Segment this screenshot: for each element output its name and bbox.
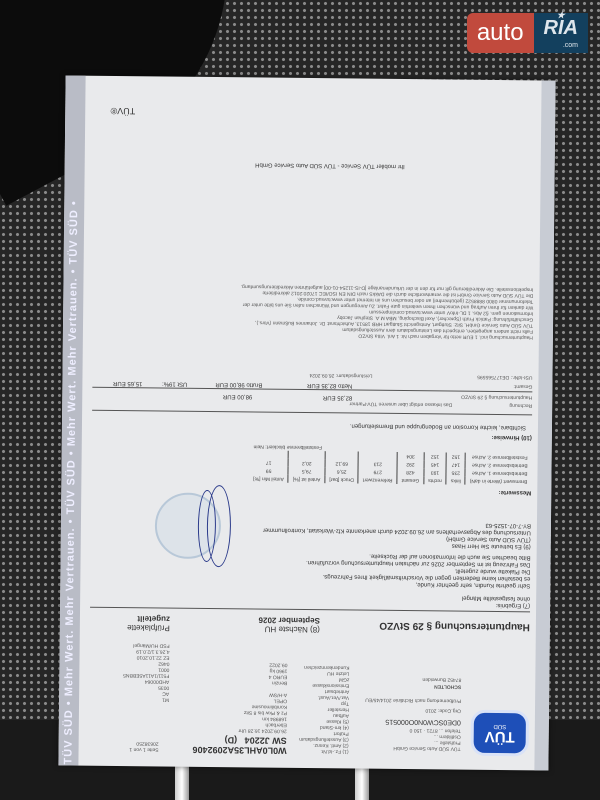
field-value: 26.09.2024 16:28 Uhr xyxy=(197,727,287,734)
table-header: Anteil Min [%] xyxy=(249,474,288,482)
footer-text: Ihr mobiler TÜV Service - TÜV SÜD Auto S… xyxy=(255,161,405,169)
table-cell: 304 xyxy=(397,452,424,460)
recipient-city: 87452 Burweiden xyxy=(422,676,461,682)
field-label: Hersteller xyxy=(279,706,349,713)
table-header: Gesamt xyxy=(397,476,424,484)
field-label: (1) Fz.-Id.Nr. xyxy=(279,748,349,755)
sender-line: Ostfildern ... xyxy=(393,733,460,740)
field-value: Benzin xyxy=(197,679,287,686)
gross-amount: 98,00 EUR xyxy=(223,392,252,399)
autoria-watermark: auto ★ RIA .com xyxy=(467,13,588,53)
field-code: M1 xyxy=(79,696,169,703)
table-cell xyxy=(325,451,359,459)
watermark-auto: auto xyxy=(467,13,534,53)
field-code xyxy=(79,714,169,721)
table-cell: 79,5 xyxy=(288,467,325,475)
table-cell: 235 xyxy=(446,468,465,476)
gross-total: Brutto 98,00 EUR xyxy=(215,380,262,387)
watermark-ria-text: RIA xyxy=(544,19,578,37)
table-cell: Feststellbremse 2. Achse xyxy=(465,453,531,462)
fields-codes: M1AC0035AHD00064F511/1A11A5EBBN500010462… xyxy=(79,642,170,727)
field-value: OPEL xyxy=(197,697,287,704)
table-cell xyxy=(249,450,288,458)
field-code: AC xyxy=(79,690,169,697)
field-code: 4.26.3.1/2.0.19 xyxy=(80,648,170,655)
footer-tuv-logo: TÜV® xyxy=(111,106,136,116)
watermark-ria: ★ RIA .com xyxy=(534,13,588,53)
field-label: (4) km-Stand xyxy=(279,724,349,731)
collection-note: Das Inkasso erfolgt über unseren TÜV-Par… xyxy=(349,400,452,407)
logo-main: TÜV xyxy=(485,729,515,743)
measurements-table: Bremswert (Werte in daN)linksrechtsGesam… xyxy=(249,442,532,485)
field-label: Letzte HU xyxy=(279,670,349,677)
field-code: EZ 22.10.2010 xyxy=(80,654,170,661)
table-cell xyxy=(289,451,326,459)
field-value: EURO 4 xyxy=(197,673,287,680)
field-code xyxy=(79,720,169,727)
table-header: Druck [bar] xyxy=(325,475,359,483)
table-header: Referenzwert xyxy=(358,476,397,484)
table-header: rechts xyxy=(424,476,447,484)
sender-block: TÜV SÜD Auto Service GmbH Prüfstelle ...… xyxy=(393,727,460,752)
field-label: (2) Amtl. Kennz. xyxy=(279,742,349,749)
field-code: 0035 xyxy=(79,684,169,691)
field-label: (5) Klasse xyxy=(279,718,349,725)
field-code: FSD HU/Mängel xyxy=(80,642,170,649)
field-label: Aufbau xyxy=(279,712,349,719)
table-cell: Betriebsbremse 2. Achse xyxy=(465,461,531,470)
result-value: ohne festgestellte Mängel xyxy=(462,594,530,602)
net-amount: 82,35 EUR xyxy=(323,393,352,400)
field-label: Var./Ver./Ausf. xyxy=(279,694,349,701)
country-code: (D) xyxy=(225,735,238,745)
divider xyxy=(92,410,532,416)
field-value: A-H/SW xyxy=(197,691,287,698)
service-date: Leistungsdatum: 26.09.2024 xyxy=(309,372,372,379)
vat-amount: 15,65 EUR xyxy=(113,379,142,386)
table-cell: 193 xyxy=(424,468,447,476)
sticker-label: Prüfplakette xyxy=(127,623,170,632)
license-plate: SW J2204 xyxy=(245,735,287,745)
inspection-report-content: TÜV SÜD • Mehr Wert. Mehr Vertrauen. • T… xyxy=(58,75,555,770)
fields-labels: (1) Fz.-Id.Nr.(2) Amtl. Kennz.(3) Ausste… xyxy=(279,664,350,755)
field-code xyxy=(79,702,169,709)
field-label: Emissionsklasse xyxy=(279,682,349,689)
table-cell: 152 xyxy=(424,452,447,460)
field-code xyxy=(79,708,169,715)
next-hu-label: (8) Nächste HU xyxy=(258,625,319,635)
field-code: F511/1A11A5EBBN5 xyxy=(79,672,169,679)
notes-title: (10) Hinweise: xyxy=(491,433,531,440)
inspection-report-paper: TÜV SÜD • Mehr Wert. Mehr Vertrauen. • T… xyxy=(58,75,555,770)
table-cell: 147 xyxy=(446,460,465,468)
field-code: AHD00064 xyxy=(79,678,169,685)
sender-line: Telefon ... 8721 · 150 0 xyxy=(394,727,461,734)
table-cell: 152 xyxy=(446,452,465,460)
table-cell: 428 xyxy=(397,468,424,476)
field-value: Pz & Pkw bis 8 Sitz xyxy=(197,709,287,716)
vat-id: USt-IdNr.: DE177565595 xyxy=(477,374,532,381)
table-header: Anteil ist [%] xyxy=(288,475,325,483)
table-cell xyxy=(359,452,398,460)
fields-values: 26.09.2024 16:28 UhrEberbach168984 kmPz … xyxy=(197,655,288,734)
table-header: links xyxy=(446,476,465,484)
measurements-title: Messwerte: xyxy=(499,488,532,495)
next-hu-value: September 2026 xyxy=(259,616,320,626)
watermark-domain: .com xyxy=(563,37,578,55)
net-total: Netto 82,35 EUR xyxy=(307,381,352,388)
orgcode-value: 2010 xyxy=(425,707,436,713)
field-value: 1960 kg xyxy=(197,667,287,674)
field-value: 09.2022 xyxy=(197,661,287,668)
table-cell: 20,2 xyxy=(288,459,325,467)
field-value: Kombilimousine xyxy=(197,703,287,710)
field-label: Antriebsart xyxy=(279,688,349,695)
table-cell: 17 xyxy=(249,458,288,466)
sender-line: TÜV SÜD Auto Service GmbH xyxy=(393,745,460,752)
document-number: 0DE0SCW0N0O000515 xyxy=(385,718,461,726)
test-directive: Prüfbemerkung nach Richtlinie 2014/45/EU xyxy=(365,697,461,704)
orgcode-label: Org.Code: xyxy=(438,707,461,713)
field-label: (3) Ausstellungsdatum xyxy=(279,736,349,743)
logo-sub: SÜD xyxy=(493,723,506,729)
recipient-name: SCHOLTEN xyxy=(434,683,461,689)
vat-label: USt 19%: xyxy=(162,379,187,386)
table-cell: 59 xyxy=(249,466,288,474)
bill-item: Hauptuntersuchung § 29 StVZO xyxy=(461,394,532,401)
fine-print: Hauptuntersuchung incl. 1 EUR netto für … xyxy=(93,282,534,341)
billing-label: Rechnung xyxy=(509,402,532,408)
table-cell: 213 xyxy=(358,460,397,468)
page-info: Seite 1 von 1 20638250 xyxy=(129,740,158,752)
total-label: Gesamt: xyxy=(513,383,532,389)
note-text: Sichtbare, leichte Korrosion an Bodengru… xyxy=(350,421,526,430)
vin: W0L0AHL35A2092406 xyxy=(192,745,286,756)
sticker-value: zugeteilt xyxy=(127,614,170,623)
table-cell: Betriebsbremse 1. Achse xyxy=(465,469,531,478)
field-code: 0462 xyxy=(79,660,169,667)
table-header: Bremswert (Werte in daN) xyxy=(465,477,531,486)
table-cell: 25,6 xyxy=(325,467,359,475)
table-cell: 69,12 xyxy=(325,459,359,467)
table-cell: 292 xyxy=(397,460,424,468)
tuv-sud-logo: TÜV SÜD xyxy=(471,710,529,757)
table-cell: 145 xyxy=(424,460,447,468)
field-label: Kundenkennzeichen xyxy=(279,664,349,671)
page-number: Seite 1 von 1 xyxy=(129,746,158,752)
field-value: 168984 km xyxy=(197,715,287,722)
result-label: (7) Ergebnis: xyxy=(462,601,530,609)
report-title: Hauptuntersuchung § 29 StVZO xyxy=(379,620,530,633)
table-cell: 279 xyxy=(358,468,397,476)
